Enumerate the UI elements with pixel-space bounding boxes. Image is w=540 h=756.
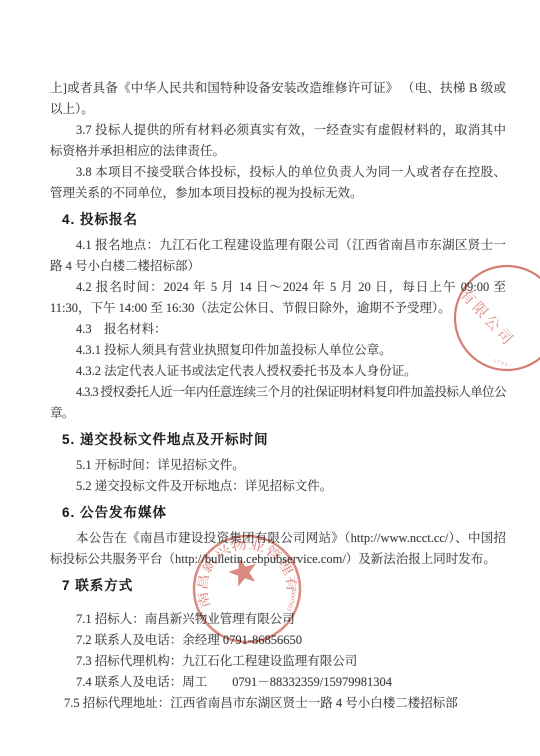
paragraph: 7.5 招标代理地址：江西省南昌市东湖区贤士一路 4 号小白楼二楼招标部 (50, 693, 506, 714)
paragraph: 本公告在《南昌市建设投资集团有限公司网站》（http://www.ncct.cc… (50, 528, 506, 570)
scanned-document-page: 上]或者具备《中华人民共和国特种设备安装改造维修许可证》 （电、扶梯 B 级或以… (0, 0, 540, 756)
paragraph: 5.2 递交投标文件及开标地点：详见招标文件。 (50, 476, 506, 497)
paragraph: 4.3 报名材料： (50, 319, 506, 340)
paragraph: 4.3.3 授权委托人近一年内任意连续三个月的社保证明材料复印件加盖投标人单位公… (50, 382, 506, 424)
paragraph: 3.7 投标人提供的所有材料必须真实有效，一经查实有虚假材料的，取消其中标资格并… (50, 120, 506, 162)
section-heading: 4. 投标报名 (50, 210, 506, 229)
paragraph: 4.3.1 投标人须具有营业执照复印件加盖投标人单位公章。 (50, 340, 506, 361)
section-heading: 6. 公告发布媒体 (50, 503, 506, 522)
paragraph: 上]或者具备《中华人民共和国特种设备安装改造维修许可证》 （电、扶梯 B 级或以… (50, 78, 506, 120)
document-body: 上]或者具备《中华人民共和国特种设备安装改造维修许可证》 （电、扶梯 B 级或以… (50, 78, 506, 714)
paragraph: 7.3 招标代理机构：九江石化工程建设监理有限公司 (50, 651, 506, 672)
section-heading: 7 联系方式 (50, 576, 506, 595)
paragraph: 7.4 联系人及电话：周工 0791－88332359/15979981304 (50, 672, 506, 693)
paragraph: 7.1 招标人：南昌新兴物业管理有限公司 (50, 609, 506, 630)
paragraph: 4.2 报名时间：2024 年 5 月 14 日～2024 年 5 月 20 日… (50, 277, 506, 319)
paragraph: 4.3.2 法定代表人证书或法定代表人授权委托书及本人身份证。 (50, 361, 506, 382)
paragraph: 5.1 开标时间：详见招标文件。 (50, 455, 506, 476)
paragraph: 7.2 联系人及电话：余经理 0791-86856650 (50, 630, 506, 651)
paragraph: 4.1 报名地点：九江石化工程建设监理有限公司（江西省南昌市东湖区贤士一路 4 … (50, 235, 506, 277)
section-heading: 5. 递交投标文件地点及开标时间 (50, 430, 506, 449)
paragraph: 3.8 本项目不接受联合体投标，投标人的单位负责人为同一人或者存在控股、管理关系… (50, 162, 506, 204)
